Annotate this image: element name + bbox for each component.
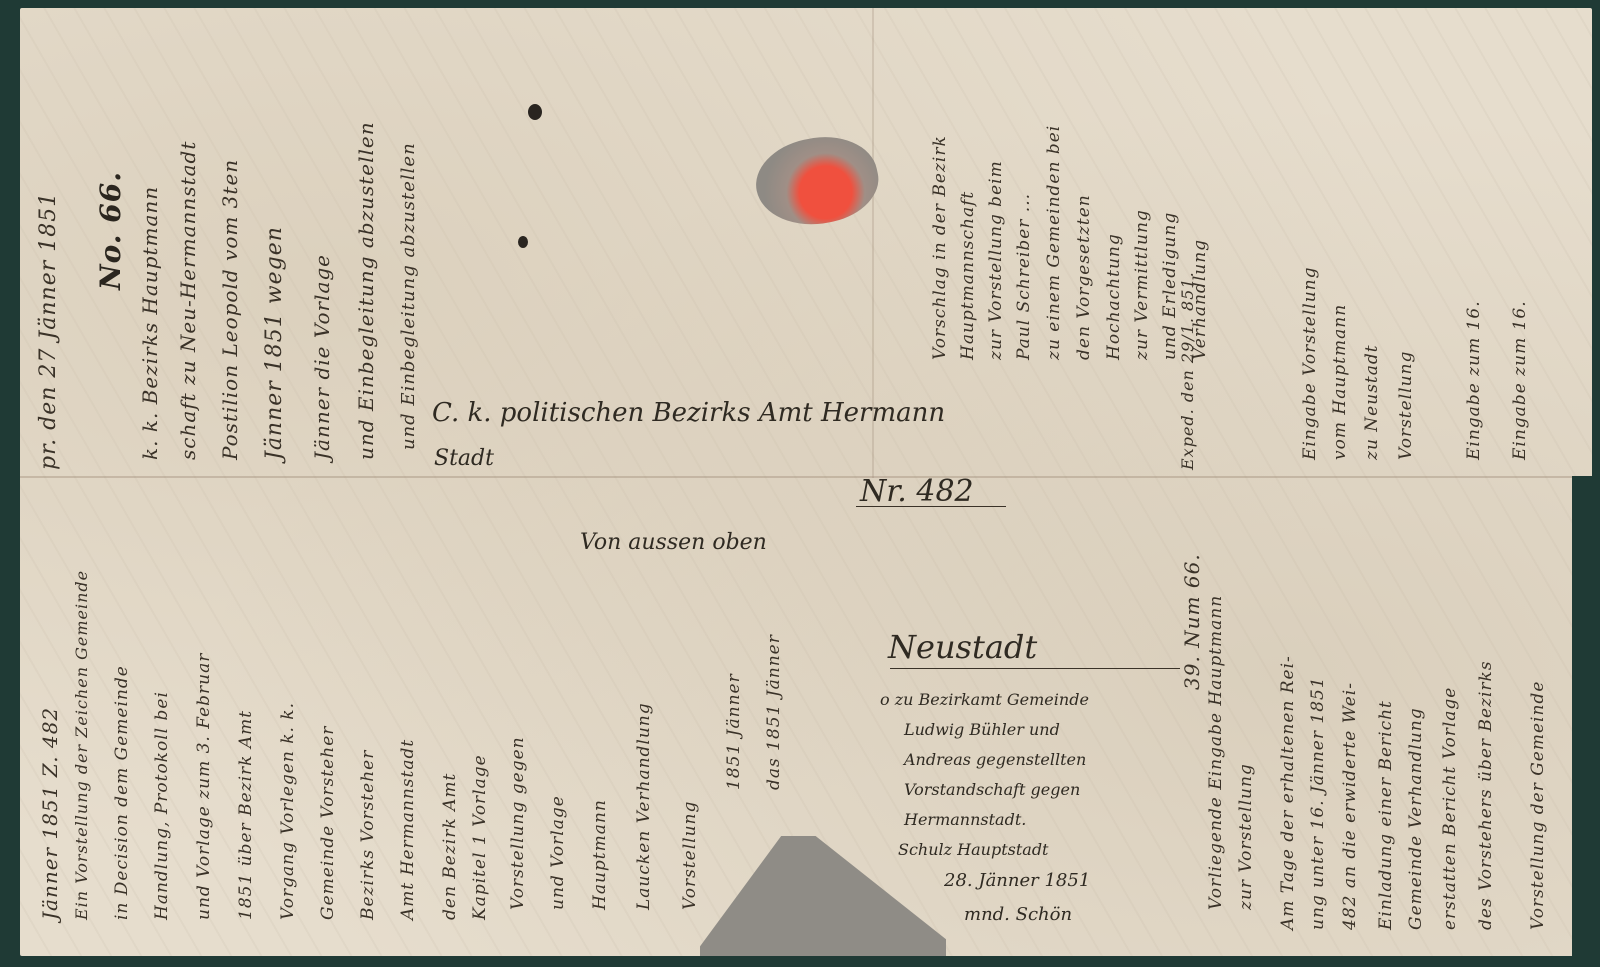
registry-underline bbox=[856, 506, 1006, 507]
body-line: Vorstellung gegen bbox=[508, 490, 528, 910]
page-edge-gap bbox=[1572, 476, 1600, 956]
body-line: Kapitel 1 Vorlage bbox=[470, 490, 490, 920]
body-line: des Vorstehers über Bezirks bbox=[1476, 490, 1496, 930]
body-line: Ein Vorstellung der Zeichen Gemeinde bbox=[72, 490, 91, 920]
bottom-left-header: Jänner 1851 Z. 482 bbox=[38, 490, 62, 920]
body-line: Einladung einer Bericht bbox=[1376, 490, 1396, 930]
body-line: Jänner 1851 wegen bbox=[262, 40, 287, 460]
body-line: Eingabe zum 16. bbox=[1510, 40, 1530, 460]
body-line: in Decision dem Gemeinde bbox=[112, 490, 132, 920]
body-line: und Einbegleitung abzustellen bbox=[398, 190, 419, 450]
body-line: und Erledigung bbox=[1160, 40, 1180, 360]
address-line-2: Stadt bbox=[434, 446, 494, 471]
sender-line: Andreas gegenstellten bbox=[904, 750, 1086, 769]
body-line: Handlung, Protokoll bei bbox=[152, 490, 172, 920]
body-line: zu einem Gemeinden bei bbox=[1044, 40, 1064, 360]
ink-blot bbox=[528, 104, 542, 120]
address-line-1: C. k. politischen Bezirks Amt Hermann bbox=[432, 398, 945, 428]
body-line: Bezirks Vorsteher bbox=[358, 490, 378, 920]
ink-blot bbox=[518, 236, 528, 248]
body-line: 1851 über Bezirk Amt bbox=[236, 490, 256, 920]
body-line: den Bezirk Amt bbox=[440, 490, 460, 920]
body-line: ung unter 16. Jänner 1851 bbox=[1308, 490, 1328, 930]
expedit-note: Exped. den 29/1. 851. bbox=[1178, 380, 1197, 470]
body-line: 482 an die erwiderte Wei- bbox=[1340, 490, 1360, 930]
body-line: 1851 Jänner bbox=[724, 560, 744, 790]
registry-number: Nr. 482 bbox=[860, 474, 974, 509]
body-line: und Vorlage zum 3. Februar bbox=[194, 490, 214, 920]
sender-date: 28. Jänner 1851 bbox=[944, 870, 1090, 891]
body-line: das 1851 Jänner bbox=[764, 560, 784, 790]
sender-line: o zu Bezirkamt Gemeinde bbox=[880, 690, 1089, 709]
body-line: zur Vorstellung beim bbox=[986, 40, 1006, 360]
body-line: Hochachtung bbox=[1104, 40, 1124, 360]
body-line: Vorliegende Eingabe Hauptmann bbox=[1206, 490, 1226, 910]
body-line: Eingabe zum 16. bbox=[1464, 40, 1484, 460]
body-line: erstatten Bericht Vorlage bbox=[1440, 490, 1460, 930]
body-line: Paul Schreiber ... bbox=[1014, 40, 1034, 360]
body-line: zur Vorstellung bbox=[1236, 490, 1256, 910]
body-line: Vorstellung bbox=[680, 490, 700, 910]
body-line: den Vorgesetzten bbox=[1074, 40, 1094, 360]
body-line: k. k. Bezirks Hauptmann bbox=[138, 40, 162, 460]
date-line: pr. den 27 Jänner 1851 bbox=[36, 70, 61, 470]
body-line: Vorstellung der Gemeinde bbox=[1528, 490, 1548, 930]
body-line: vom Hauptmann bbox=[1330, 40, 1350, 460]
sender-reference: 39. Num 66. bbox=[1180, 560, 1204, 690]
body-line: Postilion Leopold vom 3ten bbox=[218, 40, 242, 460]
body-line: Vorstellung bbox=[1396, 40, 1416, 460]
sender-title-underline bbox=[890, 668, 1180, 669]
sender-title: Neustadt bbox=[888, 628, 1037, 666]
body-line: Hauptmann bbox=[590, 490, 610, 910]
body-line: und Vorlage bbox=[548, 490, 568, 910]
sender-signature: mnd. Schön bbox=[964, 904, 1072, 925]
reference-number: No. 66. bbox=[94, 120, 127, 290]
horizontal-fold-line bbox=[20, 476, 1592, 478]
body-line: Gemeinde Vorsteher bbox=[318, 490, 338, 920]
body-line: Jänner die Vorlage bbox=[310, 40, 334, 460]
body-line: Eingabe Vorstellung bbox=[1300, 40, 1320, 460]
body-line: zu Neustadt bbox=[1362, 40, 1382, 460]
body-line: Am Tage der erhaltenen Rei- bbox=[1278, 490, 1298, 930]
body-line: Vorschlag in der Bezirk bbox=[930, 40, 950, 360]
sender-line: Schulz Hauptstadt bbox=[898, 840, 1048, 859]
sender-line: Hermannstadt. bbox=[904, 810, 1026, 829]
body-line: Gemeinde Verhandlung bbox=[1406, 490, 1426, 930]
body-line: Hauptmannschaft bbox=[958, 40, 978, 360]
body-line: Laucken Verhandlung bbox=[634, 490, 654, 910]
body-line: Vorgang Vorlegen k. k. bbox=[278, 490, 298, 920]
body-line: Amt Hermannstadt bbox=[398, 490, 418, 920]
sender-line: Vorstandschaft gegen bbox=[904, 780, 1080, 799]
sender-line: Ludwig Bühler und bbox=[904, 720, 1060, 739]
body-line: zur Vermittlung bbox=[1132, 40, 1152, 360]
body-line: schaft zu Neu-Hermannstadt bbox=[176, 40, 200, 460]
body-line: Verhandlung bbox=[1190, 40, 1210, 360]
body-line: und Einbegleitung abzustellen bbox=[354, 40, 378, 460]
